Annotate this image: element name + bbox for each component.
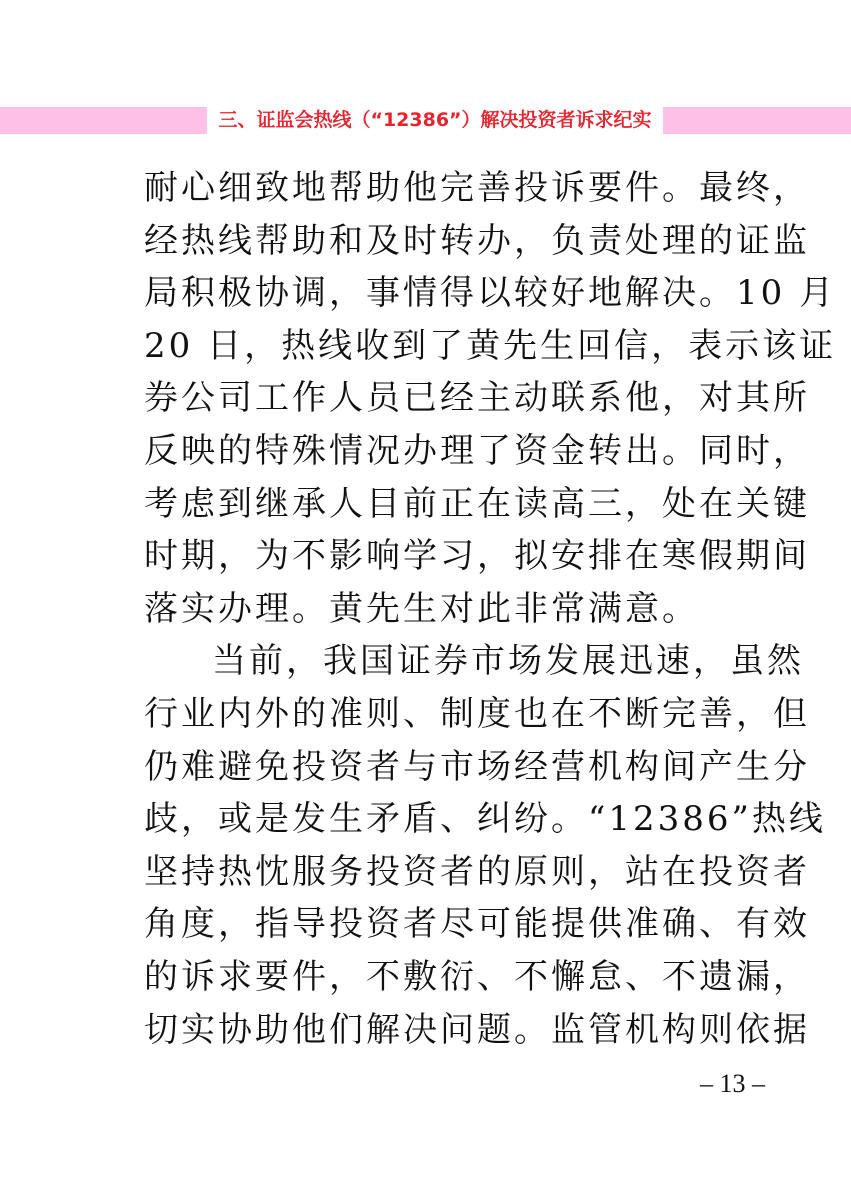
text-line: 行业内外的准则、制度也在不断完善，但 [144,688,744,741]
paragraph-start-line: 当前，我国证券市场发展迅速，虽然 [144,635,744,688]
text-line: 坚持热忱服务投资者的原则，站在投资者 [144,846,744,899]
text-line: 的诉求要件，不敷衍、不懈怠、不遗漏， [144,951,744,1004]
text-line: 局积极协调，事情得以较好地解决。10 月 [144,267,744,320]
header-decorative-bar-right [663,107,851,134]
text-line: 反映的特殊情况办理了资金转出。同时， [144,425,744,478]
text-line: 20 日，热线收到了黄先生回信，表示该证 [144,320,744,373]
running-header: 三、证监会热线（“12386”）解决投资者诉求纪实 [0,107,851,134]
text-line: 券公司工作人员已经主动联系他，对其所 [144,372,744,425]
text-line: 经热线帮助和及时转办，负责处理的证监 [144,215,744,268]
text-line: 耐心细致地帮助他完善投诉要件。最终， [144,162,744,215]
text-line: 仍难避免投资者与市场经营机构间产生分 [144,741,744,794]
header-decorative-bar-left [0,107,207,134]
body-text: 耐心细致地帮助他完善投诉要件。最终， 经热线帮助和及时转办，负责处理的证监 局积… [144,162,744,1056]
text-line: 角度，指导投资者尽可能提供准确、有效 [144,898,744,951]
text-line: 落实办理。黄先生对此非常满意。 [144,583,744,636]
text-line: 歧，或是发生矛盾、纠纷。“12386”热线 [144,793,744,846]
text-line: 考虑到继承人目前正在读高三，处在关键 [144,478,744,531]
section-title: 三、证监会热线（“12386”）解决投资者诉求纪实 [212,107,658,134]
text-line: 时期，为不影响学习，拟安排在寒假期间 [144,530,744,583]
page-number: – 13 – [700,1066,790,1102]
text-line: 切实协助他们解决问题。监管机构则依据 [144,1004,744,1057]
